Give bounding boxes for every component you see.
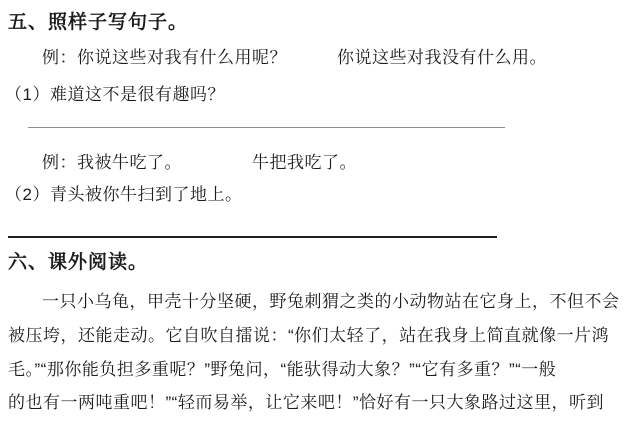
answer-blank-line-1 [28,127,505,128]
example-1-rewritten: 你说这些对我没有什么用。 [337,48,547,67]
example-2-source: 例：我被牛吃了。 [42,153,182,172]
question-2: （2）青头被你牛扫到了地上。 [5,180,242,205]
section-six-heading: 六、课外阅读。 [8,247,148,274]
example-1-source: 例：你说这些对我有什么用呢？ [42,48,287,67]
worksheet-page: 五、照样子写句子。 例：你说这些对我有什么用呢？你说这些对我没有什么用。 （1）… [0,0,640,421]
example-row-2: 例：我被牛吃了。牛把我吃了。 [42,148,357,173]
answer-blank-line-2 [8,236,497,238]
section-five-heading: 五、照样子写句子。 [8,7,188,34]
question-1: （1）难道这不是很有趣吗？ [5,80,225,105]
passage-line: 被压垮，还能走动。它自吹自擂说：“你们太轻了，站在我身上简直就像一片鸿 [8,321,609,346]
example-2-rewritten: 牛把我吃了。 [252,153,357,172]
passage-line: 的也有一两吨重吧！”“轻而易举，让它来吧！”恰好有一只大象路过这里，听到 [8,388,604,413]
passage-line: 毛。”“那你能负担多重呢？”野兔问，“能驮得动大象？”“它有多重？”“一般 [8,355,556,380]
example-row-1: 例：你说这些对我有什么用呢？你说这些对我没有什么用。 [42,43,547,68]
passage-line: 一只小乌龟，甲壳十分坚硬，野兔刺猬之类的小动物站在它身上，不但不会 [42,287,620,312]
